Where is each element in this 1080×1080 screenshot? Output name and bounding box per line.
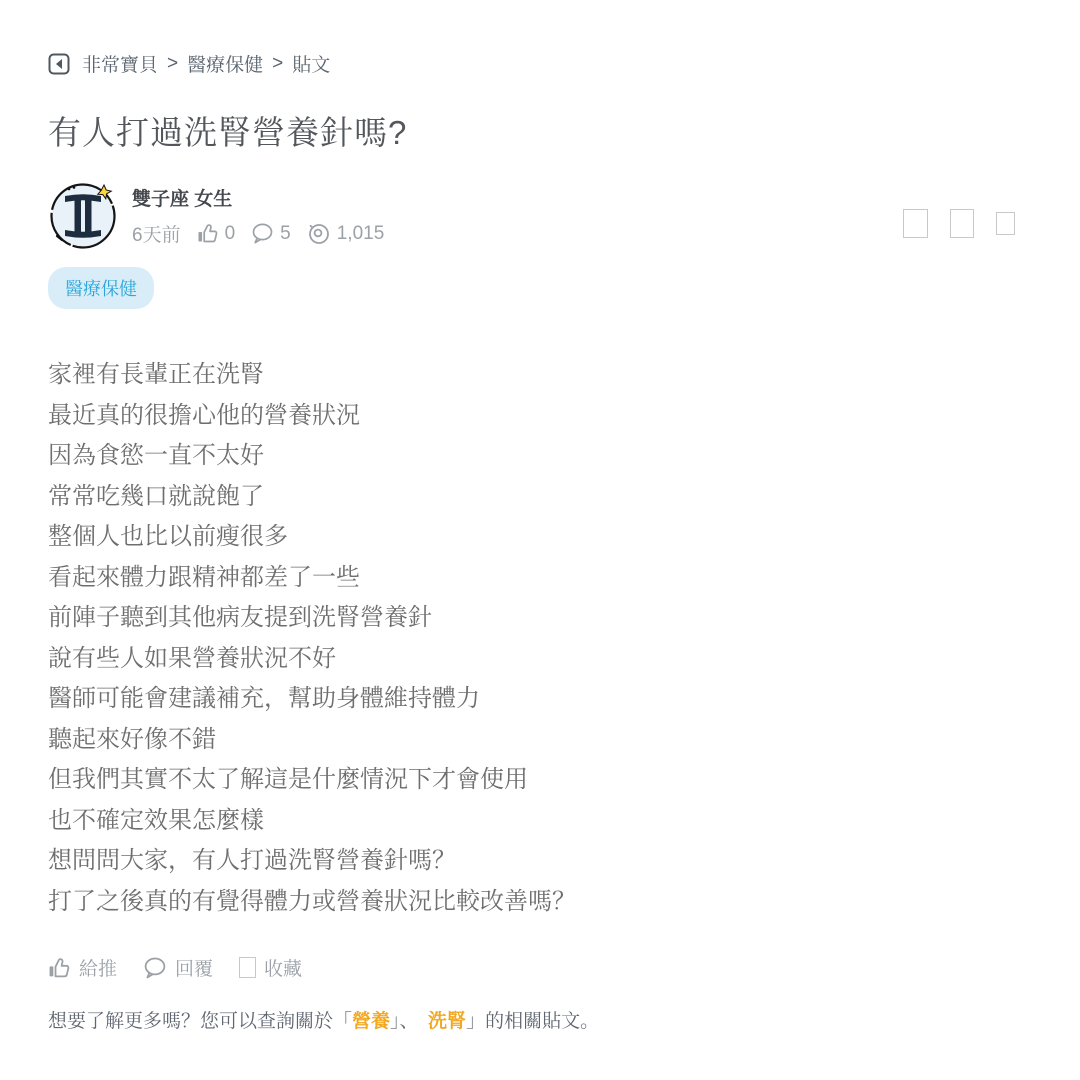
- like-button-label: 給推: [79, 954, 117, 981]
- breadcrumb-item-category[interactable]: 醫療保健: [187, 50, 263, 77]
- body-line: 打了之後真的有覺得體力或營養狀況比較改善嗎？: [48, 882, 1032, 923]
- body-line: 整個人也比以前瘦很多: [48, 517, 1032, 558]
- related-suffix: 」的相關貼文。: [466, 1011, 599, 1032]
- post-meta: 6天前 0: [132, 220, 400, 247]
- gemini-zodiac-icon: [48, 181, 118, 251]
- breadcrumb-item-board[interactable]: 非常寶貝: [82, 50, 158, 77]
- avatar[interactable]: [48, 181, 118, 251]
- bookmark-button-label: 收藏: [264, 954, 302, 981]
- placeholder-box-icon: [239, 957, 256, 978]
- author-row: 雙子座 女生 6天前 0: [48, 181, 1032, 251]
- body-line: 最近真的很擔心他的營養狀況: [48, 396, 1032, 437]
- thumbs-up-icon: [48, 957, 71, 979]
- breadcrumb-item-post[interactable]: 貼文: [292, 50, 330, 77]
- body-line: 也不確定效果怎麼樣: [48, 801, 1032, 842]
- eye-icon: [307, 222, 331, 245]
- comment-count-wrap: 5: [251, 223, 291, 245]
- like-count: 0: [225, 223, 236, 245]
- body-line: 醫師可能會建議補充，幫助身體維持體力: [48, 679, 1032, 720]
- related-note: 想要了解更多嗎？您可以查詢關於「營養」、 洗腎」的相關貼文。: [48, 1006, 1032, 1033]
- placeholder-box-icon-2[interactable]: [950, 209, 974, 238]
- body-line: 常常吃幾口就說飽了: [48, 477, 1032, 518]
- placeholder-box-icon-3[interactable]: [996, 212, 1015, 235]
- related-keyword-dialysis[interactable]: 洗腎: [428, 1011, 466, 1032]
- speech-bubble-icon: [143, 957, 167, 979]
- reply-button-label: 回覆: [175, 954, 213, 981]
- body-line: 看起來體力跟精神都差了一些: [48, 558, 1032, 599]
- body-line: 聽起來好像不錯: [48, 720, 1032, 761]
- category-tag[interactable]: 醫療保健: [48, 267, 154, 309]
- post-page: 非常寶貝 > 醫療保健 > 貼文 有人打過洗腎營養針嗎?: [0, 0, 1080, 1033]
- page-title: 有人打過洗腎營養針嗎?: [48, 107, 1032, 154]
- body-line: 說有些人如果營養狀況不好: [48, 639, 1032, 680]
- like-button[interactable]: 給推: [48, 954, 117, 981]
- breadcrumb-separator: >: [167, 53, 178, 75]
- related-keyword-nutrition[interactable]: 營養: [352, 1011, 390, 1032]
- related-mid: 」、: [390, 1011, 428, 1032]
- placeholder-box-icon-1[interactable]: [903, 209, 928, 238]
- action-row: 給推 回覆 收藏: [48, 954, 1032, 981]
- body-line: 想問問大家，有人打過洗腎營養針嗎？: [48, 841, 1032, 882]
- back-icon: [48, 53, 70, 75]
- speech-bubble-icon: [251, 223, 274, 244]
- breadcrumb: 非常寶貝 > 醫療保健 > 貼文: [48, 50, 1032, 77]
- post-time-wrap: 6天前: [132, 220, 181, 247]
- body-line: 因為食慾一直不太好: [48, 436, 1032, 477]
- post-body: 家裡有長輩正在洗腎 最近真的很擔心他的營養狀況 因為食慾一直不太好 常常吃幾口就…: [48, 355, 1032, 922]
- body-line: 前陣子聽到其他病友提到洗腎營養針: [48, 598, 1032, 639]
- view-count: 1,015: [337, 223, 385, 245]
- like-count-wrap: 0: [197, 223, 236, 245]
- view-count-wrap: 1,015: [307, 222, 385, 245]
- reply-button[interactable]: 回覆: [143, 954, 213, 981]
- body-line: 但我們其實不太了解這是什麼情況下才會使用: [48, 760, 1032, 801]
- post-time: 6天前: [132, 220, 181, 247]
- back-button[interactable]: [48, 53, 70, 75]
- body-line: 家裡有長輩正在洗腎: [48, 355, 1032, 396]
- breadcrumb-separator: >: [272, 53, 283, 75]
- thumbs-up-icon: [197, 223, 219, 244]
- top-action-icons: [903, 209, 1015, 238]
- bookmark-button[interactable]: 收藏: [239, 954, 302, 981]
- author-info: 雙子座 女生 6天前 0: [132, 181, 400, 247]
- comment-count: 5: [280, 223, 291, 245]
- related-prefix: 想要了解更多嗎？您可以查詢關於「: [48, 1011, 352, 1032]
- author-name[interactable]: 雙子座 女生: [132, 184, 400, 211]
